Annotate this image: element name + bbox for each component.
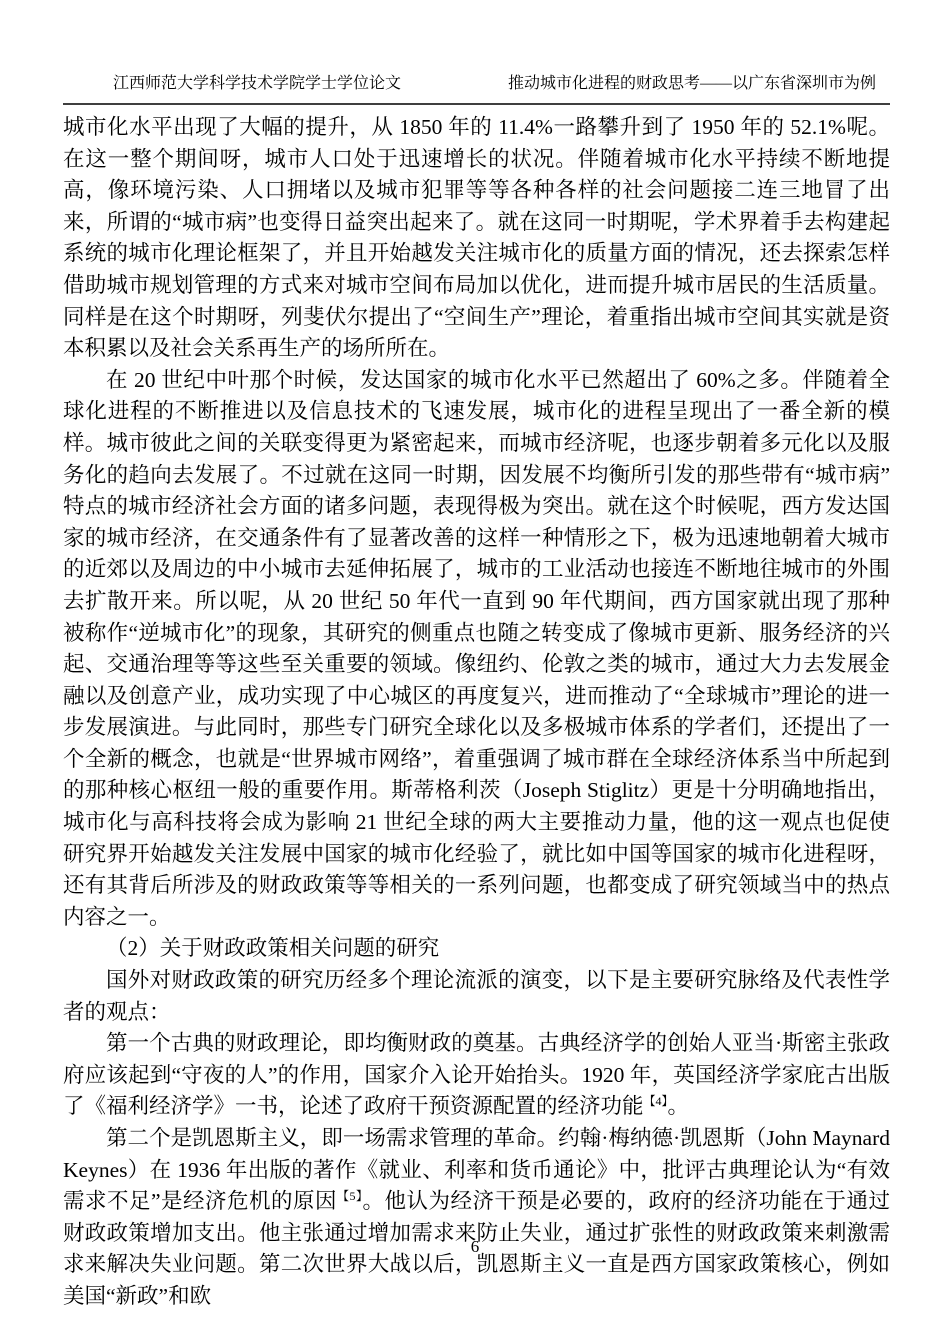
- header-rule: [63, 103, 890, 105]
- header-left-text: 江西师范大学科学技术学院学士学位论文: [113, 74, 401, 94]
- paragraph: 第一个古典的财政理论，即均衡财政的奠基。古典经济学的创始人亚当·斯密主张政府应该…: [63, 1028, 890, 1123]
- paragraph-text: 城市化水平出现了大幅的提升，从 1850 年的 11.4%一路攀升到了 1950…: [63, 115, 890, 360]
- paragraph-text: 第一个古典的财政理论，即均衡财政的奠基。古典经济学的创始人亚当·斯密主张政府应该…: [63, 1031, 890, 1118]
- paragraph: 城市化水平出现了大幅的提升，从 1850 年的 11.4%一路攀升到了 1950…: [63, 112, 890, 365]
- page-body: 城市化水平出现了大幅的提升，从 1850 年的 11.4%一路攀升到了 1950…: [63, 112, 890, 1313]
- paragraph: 国外对财政政策的研究历经多个理论流派的演变，以下是主要研究脉络及代表性学者的观点…: [63, 965, 890, 1028]
- page-header: 江西师范大学科学技术学院学士学位论文 推动城市化进程的财政思考——以广东省深圳市…: [63, 74, 890, 94]
- paragraph: 在 20 世纪中叶那个时候，发达国家的城市化水平已然超出了 60%之多。伴随着全…: [63, 365, 890, 934]
- document-page: 江西师范大学科学技术学院学士学位论文 推动城市化进程的财政思考——以广东省深圳市…: [0, 0, 950, 1344]
- paragraph-text: （2）关于财政政策相关问题的研究: [106, 936, 439, 960]
- paragraph-text: 在 20 世纪中叶那个时候，发达国家的城市化水平已然超出了 60%之多。伴随着全…: [63, 368, 890, 929]
- paragraph: （2）关于财政政策相关问题的研究: [63, 933, 890, 965]
- paragraph-text: 。: [668, 1094, 690, 1118]
- citation-superscript: 【4】: [644, 1094, 668, 1108]
- paragraph-text: 国外对财政政策的研究历经多个理论流派的演变，以下是主要研究脉络及代表性学者的观点…: [63, 968, 890, 1024]
- citation-superscript: 【5】: [337, 1189, 363, 1203]
- paragraph: 第二个是凯恩斯主义，即一场需求管理的革命。约翰·梅纳德·凯恩斯（John May…: [63, 1123, 890, 1313]
- page-number: 6: [471, 1237, 480, 1256]
- header-right-text: 推动城市化进程的财政思考——以广东省深圳市为例: [508, 74, 876, 94]
- page-footer: 6: [0, 1236, 950, 1258]
